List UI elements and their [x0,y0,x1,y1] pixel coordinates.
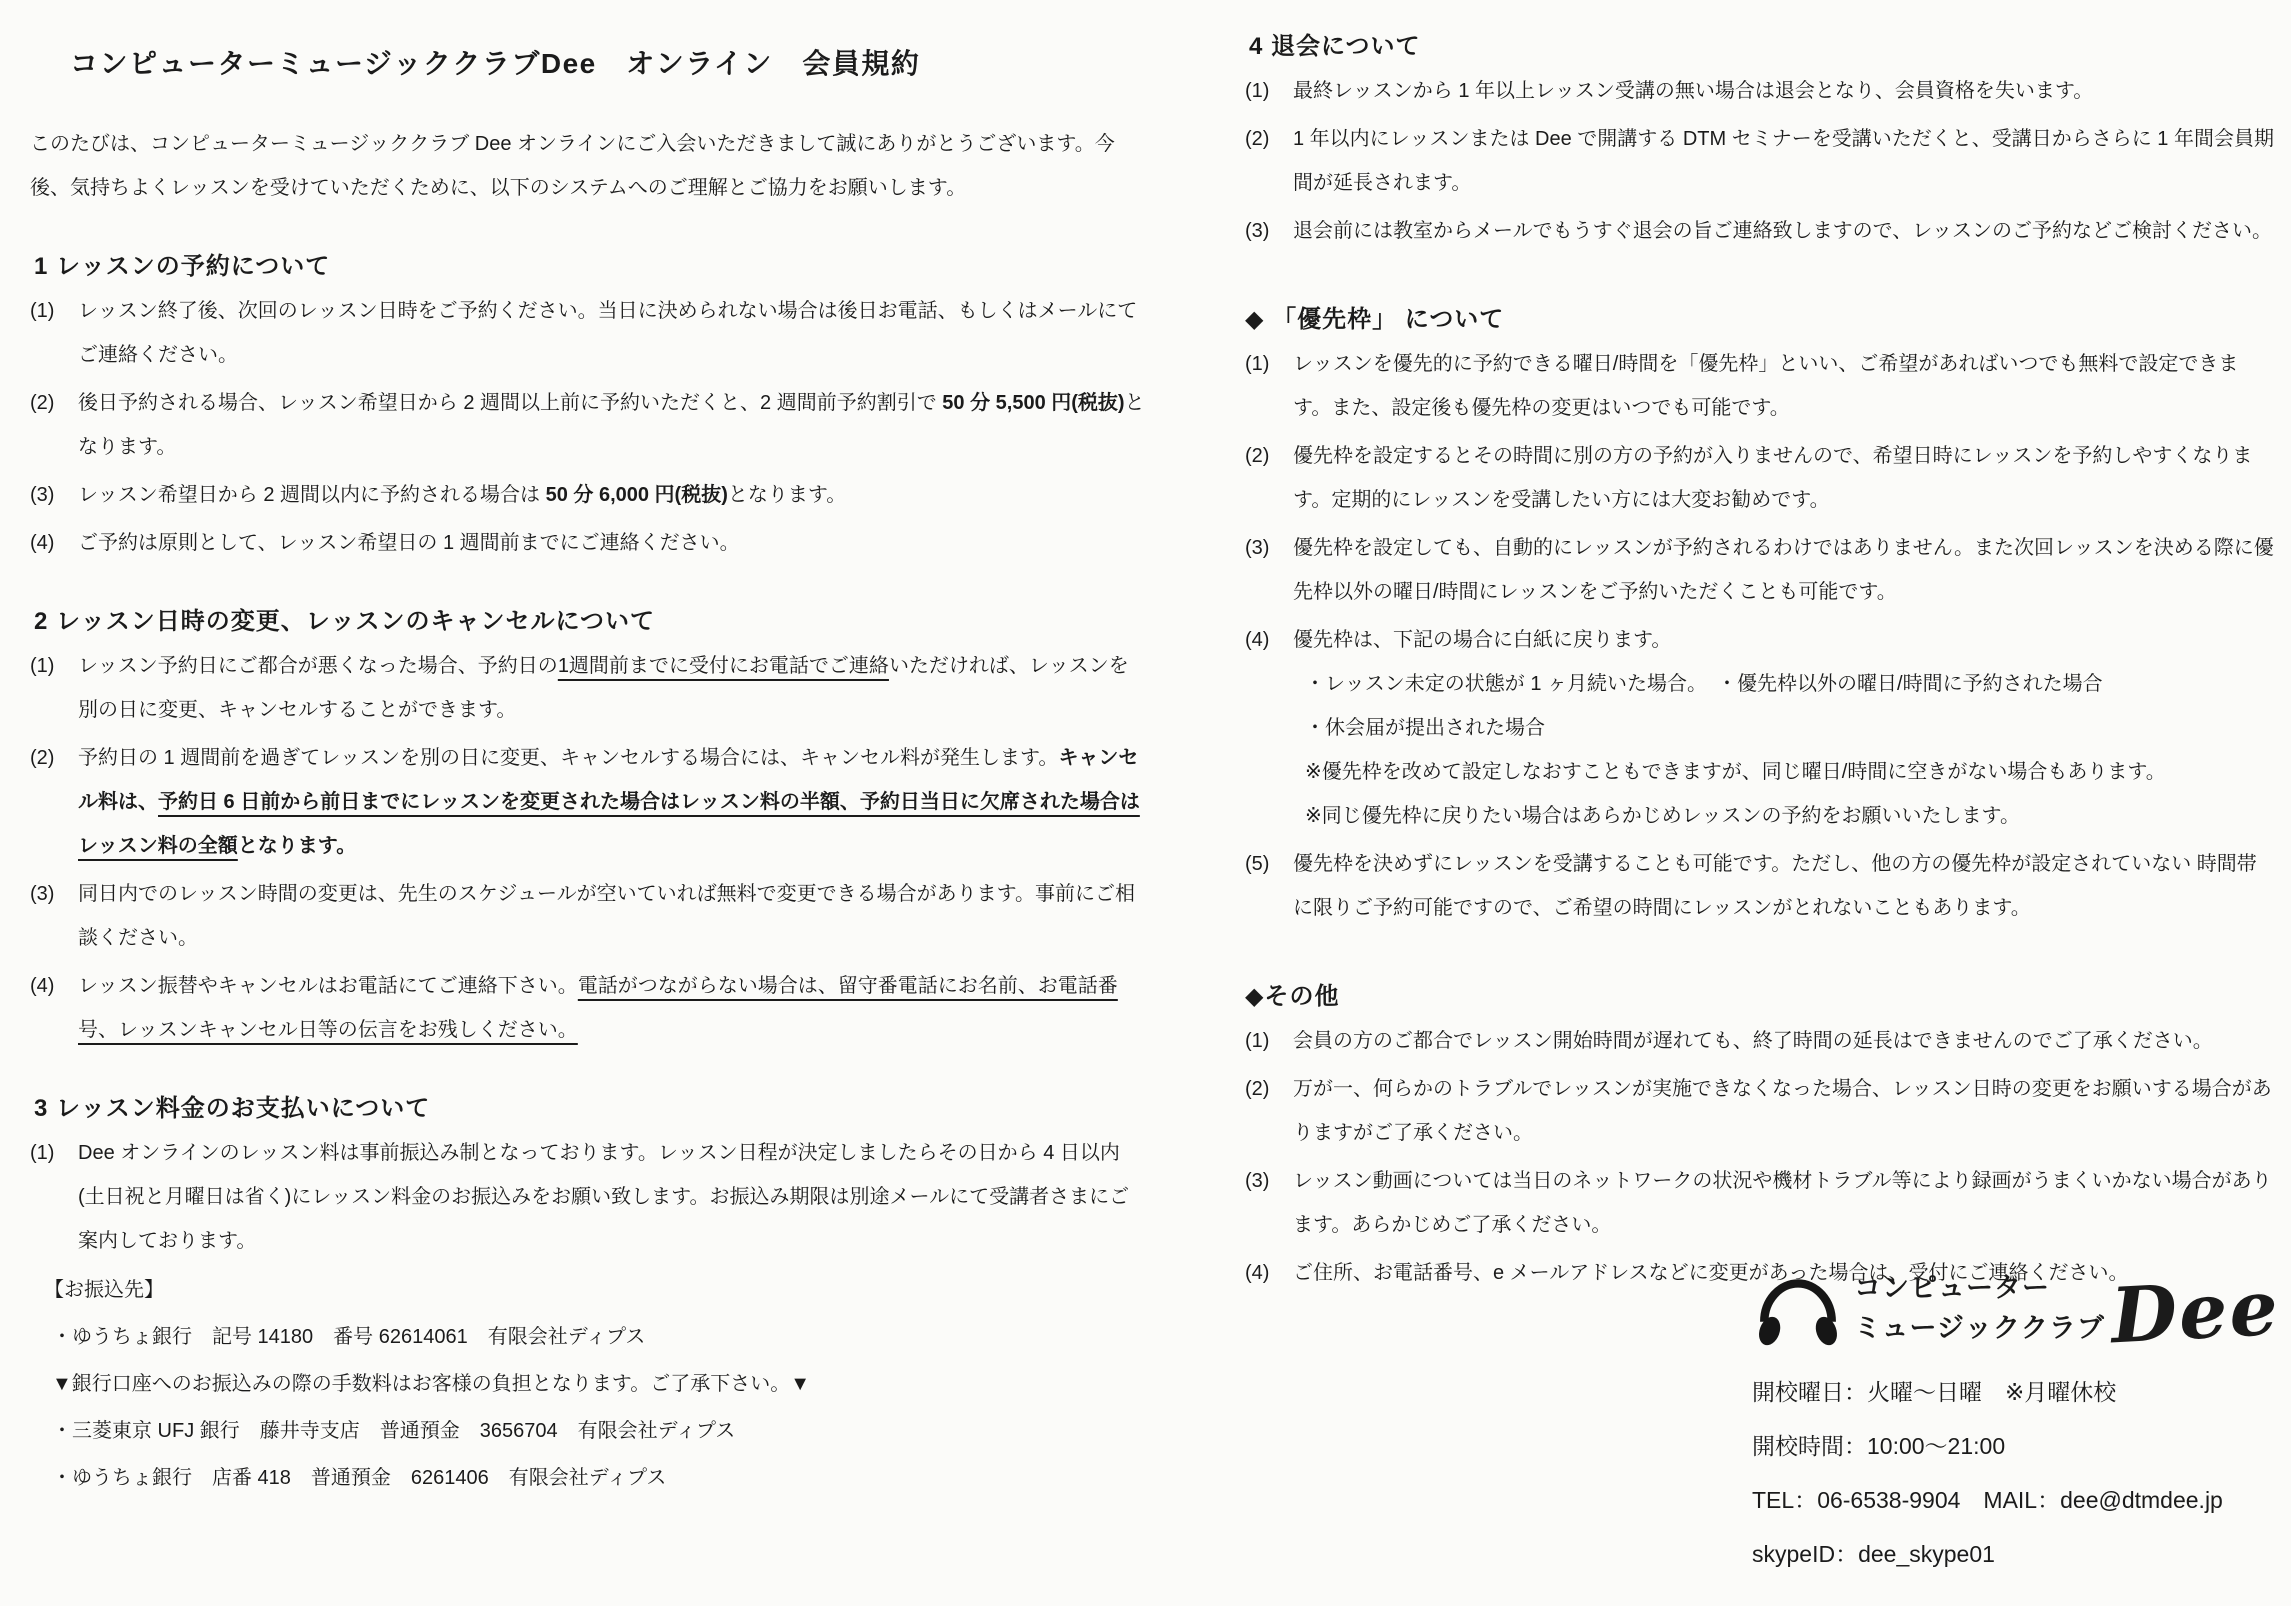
item-number: (4) [1245,618,1293,838]
priority-slot-heading: ◆ 「優先枠」 について [1245,299,2275,334]
item-number: (1) [1245,69,1293,113]
list-item: (4) ご予約は原則として、レッスン希望日の 1 週間前までにご連絡ください。 [30,521,1145,565]
note-sub-line: ※優先枠を改めて設定しなおすこともできますが、同じ曜日/時間に空きがない場合もあ… [1293,750,2275,794]
item-text: レッスン予約日にご都合が悪くなった場合、予約日の1週間前までに受付にお電話でご連… [78,644,1145,732]
list-item: (1) レッスン終了後、次回のレッスン日時をご予約ください。当日に決められない場… [30,289,1145,377]
item-number: (4) [1245,1251,1293,1295]
item-text-segment: 後日予約される場合、レッスン希望日から 2 週間以上前に予約いただくと、2 週間… [78,392,942,414]
item-text: レッスンを優先的に予約できる曜日/時間を「優先枠」といい、ご希望があればいつでも… [1293,342,2275,430]
section-1-heading: 1 レッスンの予約について [34,246,1145,281]
bank-account-line: ・ゆうちょ銀行 店番 418 普通預金 6261406 有限会社ディプス [30,1455,1145,1502]
list-item: (3) レッスン希望日から 2 週間以内に予約される場合は 50 分 6,000… [30,473,1145,517]
item-text: レッスン希望日から 2 週間以内に予約される場合は 50 分 6,000 円(税… [78,473,1145,517]
item-number: (3) [30,473,78,517]
list-item: (1) 会員の方のご都合でレッスン開始時間が遅れても、終了時間の延長はできません… [1245,1019,2275,1063]
section-3-heading: 3 レッスン料金のお支払いについて [34,1088,1145,1123]
item-text-segment: レッスン振替やキャンセルはお電話にてご連絡下さい。 [78,975,578,997]
tel-mail-line: TEL：06-6538-9904 MAIL：dee@dtmdee.jp [1752,1473,2287,1527]
school-name-line-2: ミュージッククラブ [1854,1308,2105,1348]
section-lesson-payment: 3 レッスン料金のお支払いについて (1) Dee オンラインのレッスン料は事前… [30,1088,1145,1502]
intro-paragraph: このたびは、コンピューターミュージッククラブ Dee オンラインにご入会いただき… [30,122,1145,210]
item-text-segment: となります。 [728,484,846,506]
bank-transfer-label: 【お振込先】 [30,1267,1145,1314]
mail-label: MAIL： [1983,1487,2060,1513]
item-text: 優先枠を設定するとその時間に別の方の予約が入りませんので、希望日時にレッスンを予… [1293,434,2275,522]
open-hours-line: 開校時間：10:00～21:00 [1752,1419,2287,1473]
item-text: レッスン終了後、次回のレッスン日時をご予約ください。当日に決められない場合は後日… [78,289,1145,377]
item-text-segment: レッスン予約日にご都合が悪くなった場合、予約日の [78,655,558,677]
contact-info: 開校曜日：火曜～日曜 ※月曜休校 開校時間：10:00～21:00 TEL：06… [1752,1365,2287,1581]
item-number: (4) [30,964,78,1052]
item-text: 優先枠は、下記の場合に白紙に戻ります。 ・レッスン未定の状態が 1 ヶ月続いた場… [1293,618,2275,838]
item-number: (1) [30,644,78,732]
bullet-sub-line: ・休会届が提出された場合 [1293,706,2275,750]
school-info-block: コンピューター ミュージッククラブ Dee 開校曜日：火曜～日曜 ※月曜休校 開… [1752,1262,2287,1581]
list-item: (2) 後日予約される場合、レッスン希望日から 2 週間以上前に予約いただくと、… [30,381,1145,469]
list-item: (2) 万が一、何らかのトラブルでレッスンが実施できなくなった場合、レッスン日時… [1245,1067,2275,1155]
school-logo: コンピューター ミュージッククラブ Dee [1752,1262,2287,1355]
item-text-segment: レッスン希望日から 2 週間以内に予約される場合は [78,484,546,506]
section-4-heading: 4 退会について [1249,26,2275,61]
item-number: (3) [30,872,78,960]
list-item: (3) レッスン動画については当日のネットワークの状況や機材トラブル等により録画… [1245,1159,2275,1247]
note-sub-line: ※同じ優先枠に戻りたい場合はあらかじめレッスンの予約をお願いいたします。 [1293,794,2275,838]
item-text: 会員の方のご都合でレッスン開始時間が遅れても、終了時間の延長はできませんのでご了… [1293,1019,2275,1063]
mail-value: dee@dtmdee.jp [2060,1487,2223,1513]
other-heading: ◆その他 [1245,976,2275,1011]
bank-account-line: ・ゆうちょ銀行 記号 14180 番号 62614061 有限会社ディプス [30,1314,1145,1361]
list-item: (3) 同日内でのレッスン時間の変更は、先生のスケジュールが空いていれば無料で変… [30,872,1145,960]
item-text: 優先枠を設定しても、自動的にレッスンが予約されるわけではありません。また次回レッ… [1293,526,2275,614]
bank-transfer-block: 【お振込先】 ・ゆうちょ銀行 記号 14180 番号 62614061 有限会社… [30,1267,1145,1502]
item-text-bold-segment: となります。 [238,835,356,857]
bank-account-line: ・三菱東京 UFJ 銀行 藤井寺支店 普通預金 3656704 有限会社ディプス [30,1408,1145,1455]
bullet-sub-line: ・レッスン未定の状態が 1 ヶ月続いた場合。 ・優先枠以外の曜日/時間に予約され… [1293,662,2275,706]
item-number: (1) [30,289,78,377]
spacer [1960,1487,1983,1513]
transfer-fee-note: ▼銀行口座へのお振込みの際の手数料はお客様の負担となります。ご了承下さい。▼ [30,1361,1145,1408]
item-number: (3) [1245,209,1293,253]
item-text-underline-segment: 1週間前までに受付にお電話でご連絡 [558,655,889,677]
item-text-bold-segment: 50 分 5,500 円(税抜) [942,392,1124,414]
item-text: Dee オンラインのレッスン料は事前振込み制となっております。レッスン日程が決定… [78,1131,1145,1263]
item-number: (1) [1245,1019,1293,1063]
section-other: ◆その他 (1) 会員の方のご都合でレッスン開始時間が遅れても、終了時間の延長は… [1245,976,2275,1295]
item-text-segment: 予約日の 1 週間前を過ぎてレッスンを別の日に変更、キャンセルする場合には、キャ… [78,747,1058,769]
list-item: (5) 優先枠を決めずにレッスンを受講することも可能です。ただし、他の方の優先枠… [1245,842,2275,930]
headphones-icon [1752,1266,1844,1355]
section-withdrawal: 4 退会について (1) 最終レッスンから 1 年以上レッスン受講の無い場合は退… [1245,26,2275,253]
item-text-line: 優先枠は、下記の場合に白紙に戻ります。 [1293,618,2275,662]
item-text: 優先枠を決めずにレッスンを受講することも可能です。ただし、他の方の優先枠が設定さ… [1293,842,2275,930]
item-number: (1) [1245,342,1293,430]
item-text: 後日予約される場合、レッスン希望日から 2 週間以上前に予約いただくと、2 週間… [78,381,1145,469]
right-column: 4 退会について (1) 最終レッスンから 1 年以上レッスン受講の無い場合は退… [1245,0,2275,1299]
item-number: (3) [1245,526,1293,614]
item-text: 最終レッスンから 1 年以上レッスン受講の無い場合は退会となり、会員資格を失いま… [1293,69,2275,113]
item-text: 万が一、何らかのトラブルでレッスンが実施できなくなった場合、レッスン日時の変更を… [1293,1067,2275,1155]
list-item: (4) レッスン振替やキャンセルはお電話にてご連絡下さい。電話がつながらない場合… [30,964,1145,1052]
list-item: (1) レッスンを優先的に予約できる曜日/時間を「優先枠」といい、ご希望があれば… [1245,342,2275,430]
school-name-text: コンピューター ミュージッククラブ [1854,1268,2105,1348]
list-item: (2) 予約日の 1 週間前を過ぎてレッスンを別の日に変更、キャンセルする場合に… [30,736,1145,868]
school-name-line-1: コンピューター [1854,1268,2105,1308]
item-text: ご予約は原則として、レッスン希望日の 1 週間前までにご連絡ください。 [78,521,1145,565]
item-number: (2) [1245,117,1293,205]
item-number: (5) [1245,842,1293,930]
item-text: 退会前には教室からメールでもうすぐ退会の旨ご連絡致しますので、レッスンのご予約な… [1293,209,2275,253]
list-item: (4) 優先枠は、下記の場合に白紙に戻ります。 ・レッスン未定の状態が 1 ヶ月… [1245,618,2275,838]
list-item: (2) 1 年以内にレッスンまたは Dee で開講する DTM セミナーを受講い… [1245,117,2275,205]
item-number: (1) [30,1131,78,1263]
item-text: 予約日の 1 週間前を過ぎてレッスンを別の日に変更、キャンセルする場合には、キャ… [78,736,1145,868]
item-number: (3) [1245,1159,1293,1247]
list-item: (3) 退会前には教室からメールでもうすぐ退会の旨ご連絡致しますので、レッスンの… [1245,209,2275,253]
section-2-heading: 2 レッスン日時の変更、レッスンのキャンセルについて [34,601,1145,636]
school-name-script: Dee [2109,1270,2281,1355]
list-item: (2) 優先枠を設定するとその時間に別の方の予約が入りませんので、希望日時にレッ… [1245,434,2275,522]
list-item: (3) 優先枠を設定しても、自動的にレッスンが予約されるわけではありません。また… [1245,526,2275,614]
list-item: (1) Dee オンラインのレッスン料は事前振込み制となっております。レッスン日… [30,1131,1145,1263]
item-number: (4) [30,521,78,565]
item-number: (2) [1245,434,1293,522]
skype-label: skypeID： [1752,1541,1858,1567]
scanned-membership-agreement: コンピューターミュージッククラブDee オンライン 会員規約 このたびは、コンピ… [0,0,2291,1606]
item-number: (2) [1245,1067,1293,1155]
left-column: コンピューターミュージッククラブDee オンライン 会員規約 このたびは、コンピ… [30,0,1145,1502]
item-text: 1 年以内にレッスンまたは Dee で開講する DTM セミナーを受講いただくと… [1293,117,2275,205]
document-title: コンピューターミュージッククラブDee オンライン 会員規約 [70,42,1145,82]
list-item: (1) レッスン予約日にご都合が悪くなった場合、予約日の1週間前までに受付にお電… [30,644,1145,732]
section-lesson-change-cancel: 2 レッスン日時の変更、レッスンのキャンセルについて (1) レッスン予約日にご… [30,601,1145,1052]
open-days-line: 開校曜日：火曜～日曜 ※月曜休校 [1752,1365,2287,1419]
item-number: (2) [30,381,78,469]
section-priority-slot: ◆ 「優先枠」 について (1) レッスンを優先的に予約できる曜日/時間を「優先… [1245,299,2275,930]
tel-value: 06-6538-9904 [1817,1487,1960,1513]
section-lesson-reservation: 1 レッスンの予約について (1) レッスン終了後、次回のレッスン日時をご予約く… [30,246,1145,565]
list-item: (1) 最終レッスンから 1 年以上レッスン受講の無い場合は退会となり、会員資格… [1245,69,2275,113]
item-text: 同日内でのレッスン時間の変更は、先生のスケジュールが空いていれば無料で変更できる… [78,872,1145,960]
item-text-bold-segment: 50 分 6,000 円(税抜) [546,484,728,506]
item-number: (2) [30,736,78,868]
skype-value: dee_skype01 [1858,1541,1995,1567]
skype-line: skypeID：dee_skype01 [1752,1527,2287,1581]
item-text: レッスン振替やキャンセルはお電話にてご連絡下さい。電話がつながらない場合は、留守… [78,964,1145,1052]
item-text: レッスン動画については当日のネットワークの状況や機材トラブル等により録画がうまく… [1293,1159,2275,1247]
tel-label: TEL： [1752,1487,1817,1513]
